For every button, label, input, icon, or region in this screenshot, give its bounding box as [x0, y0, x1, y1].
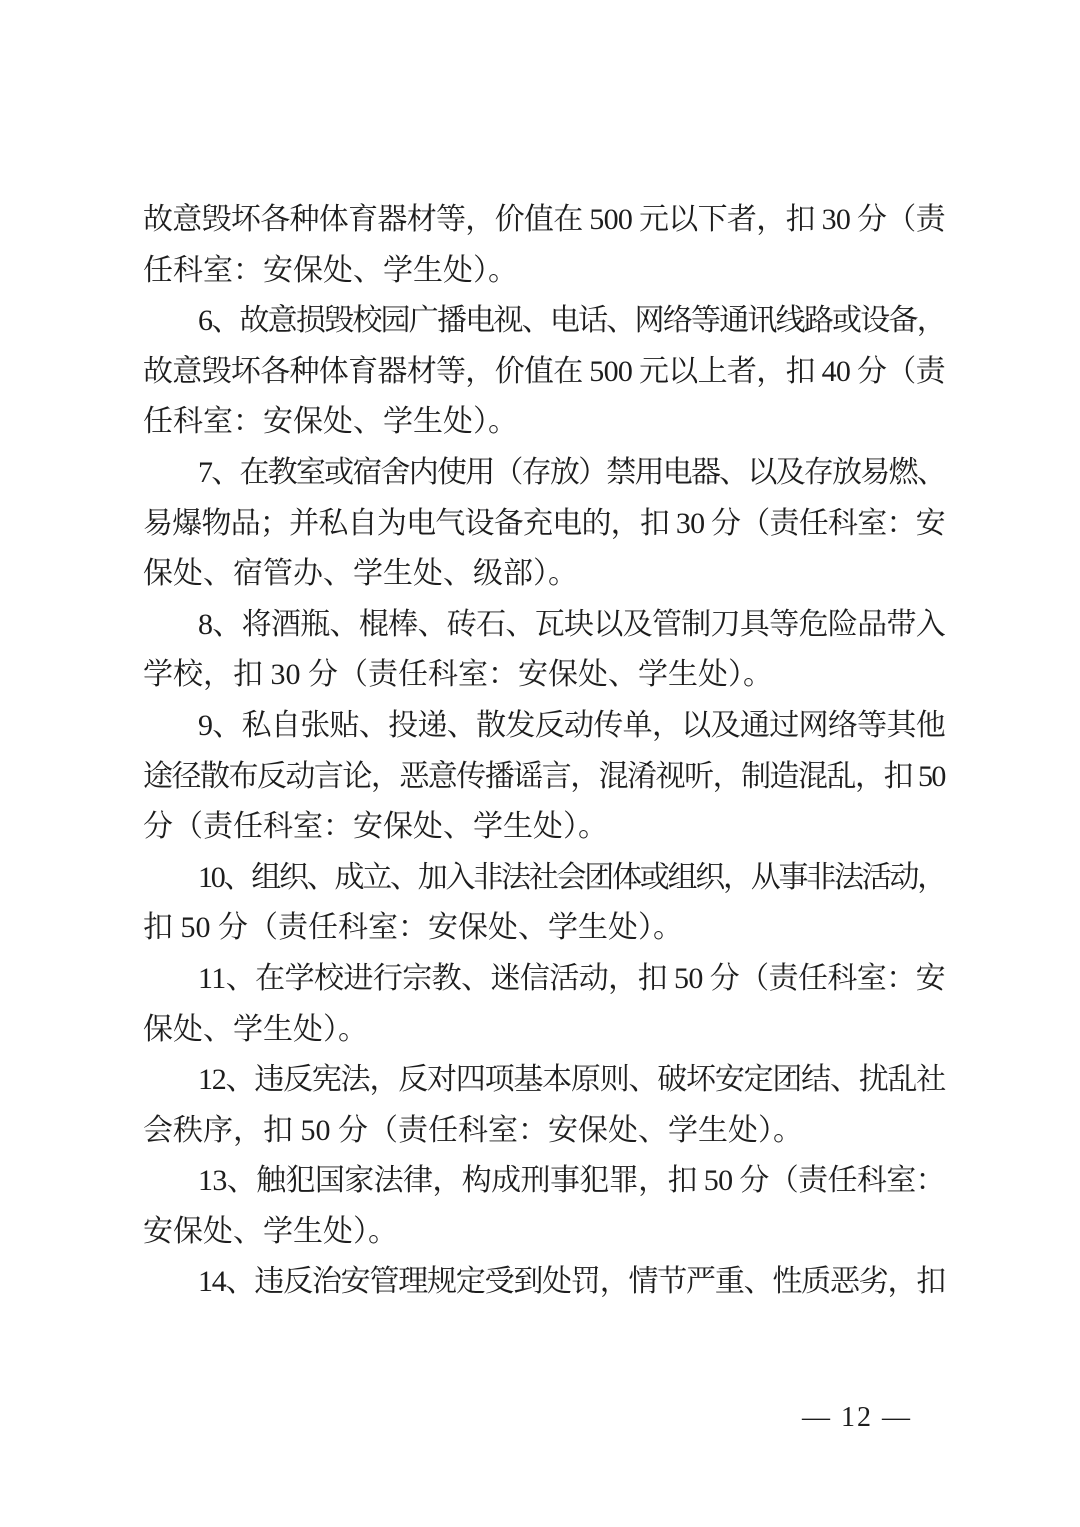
page-number: — 12 — [802, 1402, 912, 1434]
text-line-content: 6、故意损毁校园广播电视、电话、网络等通讯线路或设备， [198, 296, 945, 347]
text-line: 9、私自张贴、投递、散发反动传单，以及通过网络等其他 [143, 701, 945, 752]
text-line-content: 12、违反宪法，反对四项基本原则、破坏安定团结、扰乱社 [198, 1055, 945, 1106]
text-line: 保处、学生处）。 [143, 1005, 945, 1056]
text-line: 14、违反治安管理规定受到处罚，情节严重、性质恶劣，扣 [143, 1257, 945, 1308]
text-line-content: 13、触犯国家法律，构成刑事犯罪，扣 50 分（责任科室： [198, 1156, 945, 1207]
text-line: 保处、宿管办、学生处、级部）。 [143, 549, 945, 600]
text-line-content: 会秩序，扣 50 分（责任科室：安保处、学生处）。 [143, 1106, 803, 1157]
text-line-content: 10、组织、成立、加入非法社会团体或组织，从事非法活动， [198, 853, 945, 904]
text-line-content: 故意毁坏各种体育器材等，价值在 500 元以下者，扣 30 分（责 [143, 195, 945, 246]
text-line: 任科室：安保处、学生处）。 [143, 397, 945, 448]
text-line: 安保处、学生处）。 [143, 1207, 945, 1258]
text-line-content: 途径散布反动言论，恶意传播谣言，混淆视听，制造混乱，扣 50 [143, 752, 945, 803]
text-line-content: 保处、学生处）。 [143, 1005, 368, 1056]
text-line: 会秩序，扣 50 分（责任科室：安保处、学生处）。 [143, 1106, 945, 1157]
text-line-content: 9、私自张贴、投递、散发反动传单，以及通过网络等其他 [198, 701, 945, 752]
text-line-content: 故意毁坏各种体育器材等，价值在 500 元以上者，扣 40 分（责 [143, 347, 945, 398]
text-line: 任科室：安保处、学生处）。 [143, 246, 945, 297]
text-line-content: 14、违反治安管理规定受到处罚，情节严重、性质恶劣，扣 [198, 1257, 945, 1308]
document-page: 故意毁坏各种体育器材等，价值在 500 元以下者，扣 30 分（责任科室：安保处… [0, 0, 1080, 1527]
text-line-content: 分（责任科室：安保处、学生处）。 [143, 802, 608, 853]
text-line: 13、触犯国家法律，构成刑事犯罪，扣 50 分（责任科室： [143, 1156, 945, 1207]
document-lines: 故意毁坏各种体育器材等，价值在 500 元以下者，扣 30 分（责任科室：安保处… [143, 195, 945, 1308]
text-line-content: 8、将酒瓶、棍棒、砖石、瓦块以及管制刀具等危险品带入 [198, 600, 945, 651]
text-line-content: 11、在学校进行宗教、迷信活动，扣 50 分（责任科室：安 [198, 954, 945, 1005]
text-line-content: 学校，扣 30 分（责任科室：安保处、学生处）。 [143, 650, 773, 701]
text-line: 8、将酒瓶、棍棒、砖石、瓦块以及管制刀具等危险品带入 [143, 600, 945, 651]
text-line-content: 扣 50 分（责任科室：安保处、学生处）。 [143, 903, 683, 954]
text-line: 6、故意损毁校园广播电视、电话、网络等通讯线路或设备， [143, 296, 945, 347]
text-line-content: 易爆物品；并私自为电气设备充电的，扣 30 分（责任科室：安 [143, 499, 945, 550]
text-line: 途径散布反动言论，恶意传播谣言，混淆视听，制造混乱，扣 50 [143, 752, 945, 803]
text-line: 故意毁坏各种体育器材等，价值在 500 元以下者，扣 30 分（责 [143, 195, 945, 246]
text-line: 分（责任科室：安保处、学生处）。 [143, 802, 945, 853]
text-line: 易爆物品；并私自为电气设备充电的，扣 30 分（责任科室：安 [143, 499, 945, 550]
text-line-content: 任科室：安保处、学生处）。 [143, 397, 518, 448]
text-line-content: 保处、宿管办、学生处、级部）。 [143, 549, 578, 600]
text-line: 10、组织、成立、加入非法社会团体或组织，从事非法活动， [143, 853, 945, 904]
text-line-content: 7、在教室或宿舍内使用（存放）禁用电器、以及存放易燃、 [198, 448, 945, 499]
text-line: 扣 50 分（责任科室：安保处、学生处）。 [143, 903, 945, 954]
text-line-content: 任科室：安保处、学生处）。 [143, 246, 518, 297]
text-line: 11、在学校进行宗教、迷信活动，扣 50 分（责任科室：安 [143, 954, 945, 1005]
text-line: 故意毁坏各种体育器材等，价值在 500 元以上者，扣 40 分（责 [143, 347, 945, 398]
text-line-content: 安保处、学生处）。 [143, 1207, 398, 1258]
text-line: 7、在教室或宿舍内使用（存放）禁用电器、以及存放易燃、 [143, 448, 945, 499]
text-line: 学校，扣 30 分（责任科室：安保处、学生处）。 [143, 650, 945, 701]
text-line: 12、违反宪法，反对四项基本原则、破坏安定团结、扰乱社 [143, 1055, 945, 1106]
